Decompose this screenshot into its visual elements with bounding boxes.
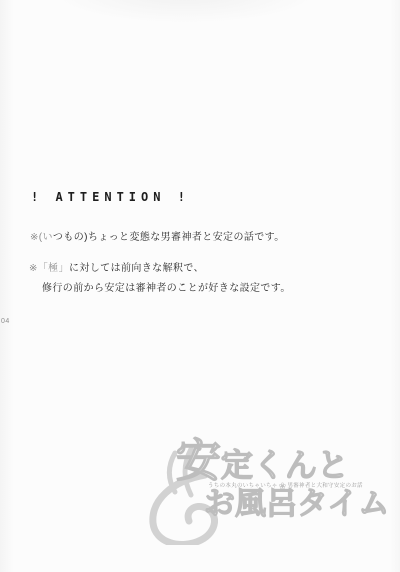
- steam-swirl-icon: [141, 447, 229, 545]
- attention-note-1: ※(いつもの)ちょっと変態な男審神者と安定の話です。: [30, 232, 285, 244]
- page-number: 04: [1, 318, 10, 325]
- logo-subtitle-right: 男審神者と大和守安定のお話: [287, 483, 362, 489]
- logo-title-line1: 安定くんと: [176, 439, 349, 484]
- logo-subtitle: うちの本丸のいちゃいちゃ❀男審神者と大和守安定のお話: [208, 482, 363, 491]
- logo-subtitle-left: うちの本丸のいちゃいちゃ: [208, 483, 278, 489]
- logo-title-line2: お風呂タイム: [204, 489, 389, 520]
- attention-heading: ! ATTENTION !: [31, 190, 190, 204]
- scanned-page: ! ATTENTION ! ※(いつもの)ちょっと変態な男審神者と安定の話です。…: [0, 0, 400, 572]
- flower-icon: ❀: [278, 481, 288, 491]
- attention-note-2: ※「極」に対しては前向きな解釈で、: [29, 263, 204, 275]
- attention-note-3: 修行の前から安定は審神者のことが好きな設定です。: [42, 283, 291, 295]
